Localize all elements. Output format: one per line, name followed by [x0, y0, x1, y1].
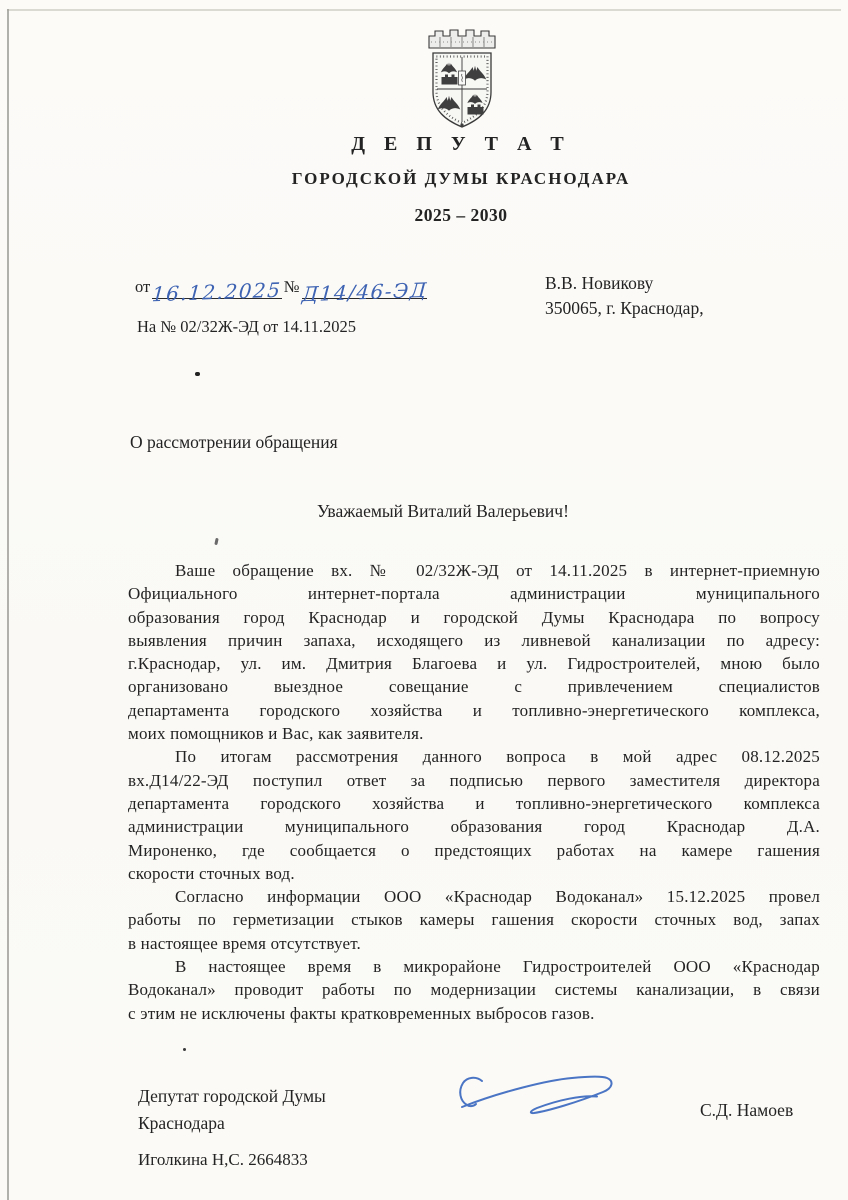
- letterhead-subtitle: ГОРОДСКОЙ ДУМЫ КРАСНОДАРА: [75, 169, 847, 189]
- from-label: от: [135, 277, 150, 299]
- recipient-address: 350065, г. Краснодар,: [545, 296, 704, 321]
- body-line: По итогам рассмотрения данного вопроса в…: [128, 745, 820, 768]
- outgoing-reference-line: от 16.12.2025 № Д14/46-ЭД: [135, 271, 429, 299]
- body-line: В настоящее время в микрорайоне Гидростр…: [128, 955, 820, 978]
- signature-autograph: [430, 1045, 650, 1125]
- signer-position-block: Депутат городской Думы Краснодара: [138, 1083, 326, 1137]
- scan-edge-top: [7, 9, 841, 11]
- ink-speck: [195, 372, 200, 376]
- subject-line: О рассмотрении обращения: [130, 432, 338, 453]
- number-label: №: [284, 277, 300, 299]
- body-line: с этим не исключены факты кратковременны…: [128, 1002, 820, 1025]
- body-line: Ваше обращение вх. № 02/32Ж-ЭД от 14.11.…: [128, 559, 820, 582]
- handwritten-date: 16.12.2025: [152, 280, 283, 305]
- ink-speck: [183, 1048, 186, 1051]
- signer-position-line1: Депутат городской Думы: [138, 1083, 326, 1110]
- signer-name: С.Д. Намоев: [700, 1100, 793, 1121]
- body-line: скорости сточных вод.: [128, 862, 820, 885]
- body-line: Согласно информации ООО «Краснодар Водок…: [128, 885, 820, 908]
- body-line: образования город Краснодар и городской …: [128, 606, 820, 629]
- body-line: организовано выездное совещание с привле…: [128, 675, 820, 698]
- body-line: выявления причин запаха, исходящего из л…: [128, 629, 820, 652]
- letterhead-title: Д Е П У Т А Т: [75, 133, 847, 156]
- recipient-block: В.В. Новикову 350065, г. Краснодар,: [545, 271, 704, 320]
- krasnodar-coat-of-arms-icon: [423, 26, 501, 129]
- incoming-reference-line: На № 02/32Ж-ЭД от 14.11.2025: [137, 317, 356, 337]
- signer-position-line2: Краснодара: [138, 1110, 326, 1137]
- executor-line: Иголкина Н,С. 2664833: [138, 1150, 308, 1170]
- salutation-line: Уважаемый Виталий Валерьевич!: [317, 501, 569, 522]
- ink-speck: [214, 538, 218, 545]
- scan-edge-left: [7, 9, 9, 1200]
- body-line: вх.Д14/22-ЭД поступил ответ за подписью …: [128, 769, 820, 792]
- body-line: департамента городского хозяйства и топл…: [128, 792, 820, 815]
- letter-body: Ваше обращение вх. № 02/32Ж-ЭД от 14.11.…: [128, 559, 820, 1025]
- scanned-letter-page: Д Е П У Т А Т ГОРОДСКОЙ ДУМЫ КРАСНОДАРА …: [0, 0, 848, 1200]
- number-underline: Д14/46-ЭД: [302, 271, 428, 299]
- body-line: моих помощников и Вас, как заявителя.: [128, 722, 820, 745]
- body-line: Водоканал» проводит работы по модернизац…: [128, 978, 820, 1001]
- body-line: администрации муниципального образования…: [128, 815, 820, 838]
- body-line: Официального интернет-портала администра…: [128, 582, 820, 605]
- letterhead-term: 2025 – 2030: [75, 205, 847, 226]
- body-line: в настоящее время отсутствует.: [128, 932, 820, 955]
- body-line: работы по герметизации стыков камеры гаш…: [128, 908, 820, 931]
- handwritten-number: Д14/46-ЭД: [301, 280, 428, 304]
- body-line: г.Краснодар, ул. им. Дмитрия Благоева и …: [128, 652, 820, 675]
- body-line: Мироненко, где сообщается о предстоящих …: [128, 839, 820, 862]
- body-line: департамента городского хозяйства и топл…: [128, 699, 820, 722]
- date-underline: 16.12.2025: [152, 271, 282, 299]
- recipient-name: В.В. Новикову: [545, 271, 704, 296]
